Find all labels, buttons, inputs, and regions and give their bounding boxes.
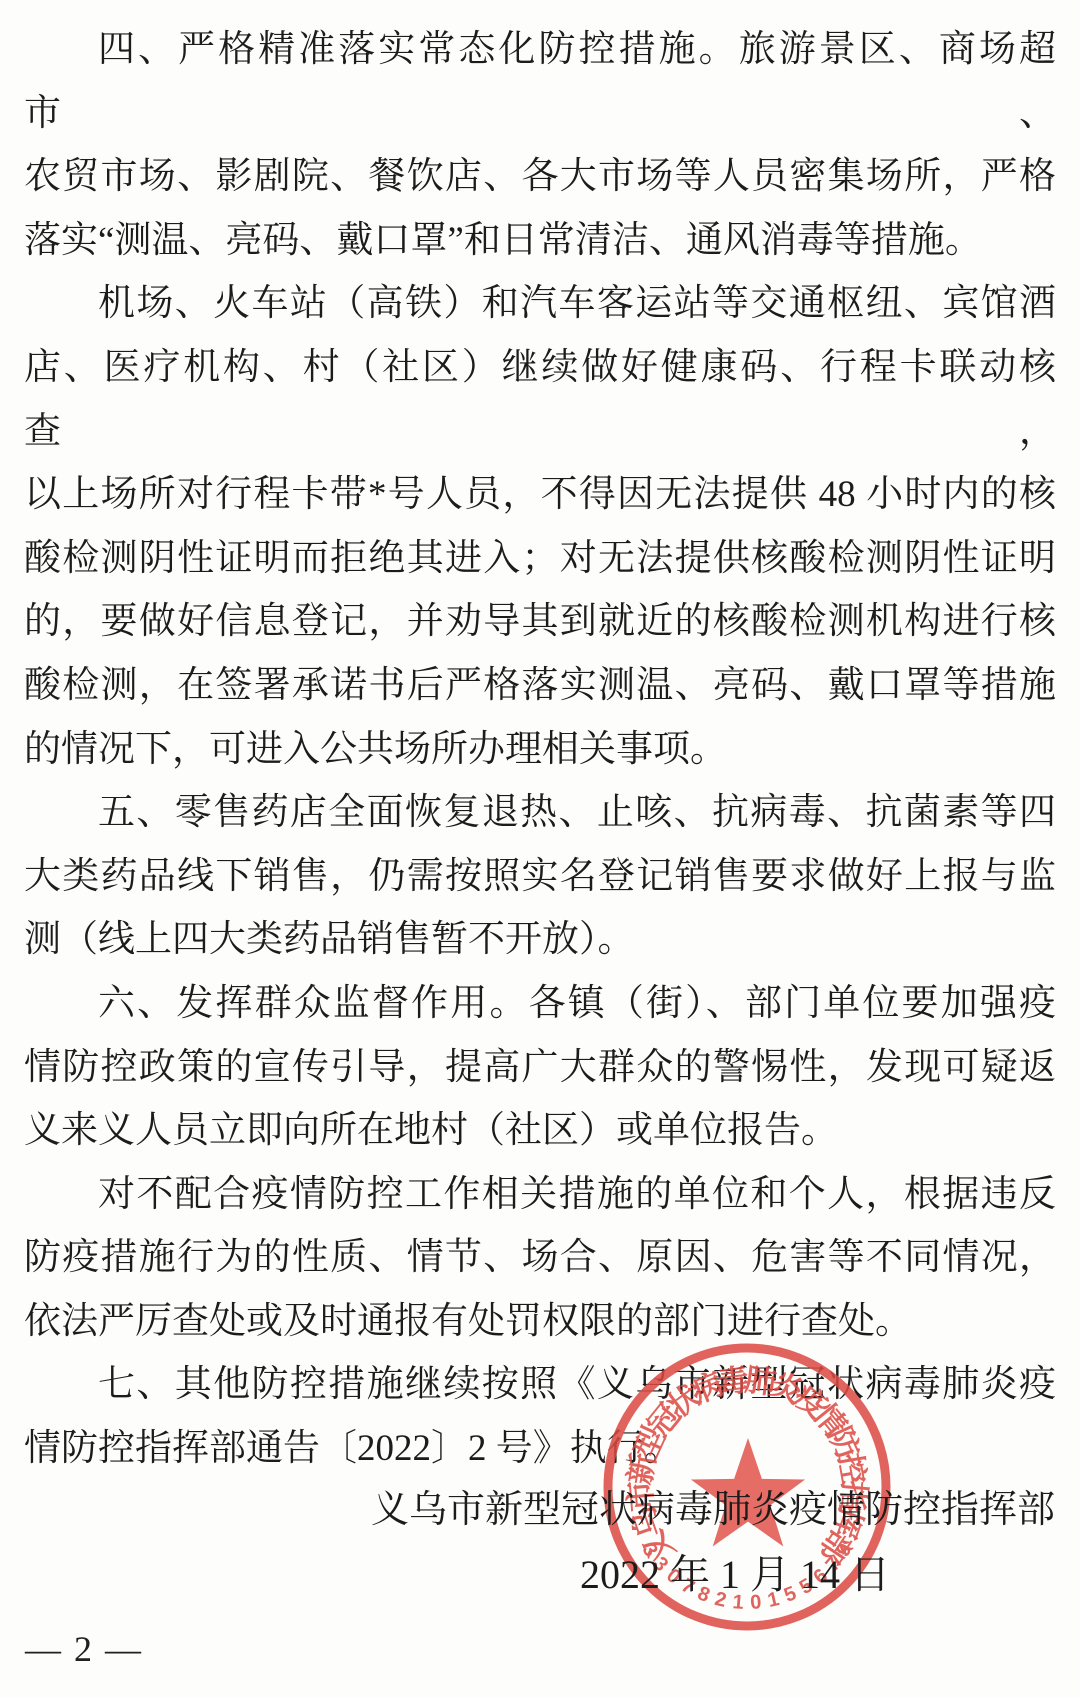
document-line: 义来义人员立即向所在地村（社区）或单位报告。 bbox=[24, 1099, 1056, 1163]
document-line: 的，要做好信息登记，并劝导其到就近的核酸检测机构进行核 bbox=[24, 590, 1056, 654]
document-page: 四、严格精准落实常态化防控措施。旅游景区、商场超市、 农贸市场、影剧院、餐饮店、… bbox=[0, 0, 1080, 1697]
signature-date: 2022 年 1 月 14 日 bbox=[540, 1543, 930, 1600]
document-line: 五、零售药店全面恢复退热、止咳、抗病毒、抗菌素等四 bbox=[24, 781, 1056, 845]
document-line: 的情况下，可进入公共场所办理相关事项。 bbox=[24, 718, 1056, 782]
document-line: 六、发挥群众监督作用。各镇（街）、部门单位要加强疫 bbox=[24, 972, 1056, 1036]
page-number: — 2 — bbox=[25, 1628, 143, 1670]
document-line: 四、严格精准落实常态化防控措施。旅游景区、商场超市、 bbox=[24, 18, 1056, 145]
document-line: 酸检测，在签署承诺书后严格落实测温、亮码、戴口罩等措施 bbox=[24, 654, 1056, 718]
document-line: 对不配合疫情防控工作相关措施的单位和个人，根据违反 bbox=[24, 1163, 1056, 1227]
document-line: 情防控指挥部通告〔2022〕2 号》执行。 bbox=[24, 1417, 1056, 1481]
document-line: 大类药品线下销售，仍需按照实名登记销售要求做好上报与监 bbox=[24, 845, 1056, 909]
document-line: 七、其他防控措施继续按照《义乌市新型冠状病毒肺炎疫 bbox=[24, 1353, 1056, 1417]
document-line: 农贸市场、影剧院、餐饮店、各大市场等人员密集场所，严格 bbox=[24, 145, 1056, 209]
document-line: 店、医疗机构、村（社区）继续做好健康码、行程卡联动核查， bbox=[24, 336, 1056, 463]
document-body: 四、严格精准落实常态化防控措施。旅游景区、商场超市、 农贸市场、影剧院、餐饮店、… bbox=[24, 18, 1056, 1481]
document-line: 以上场所对行程卡带*号人员，不得因无法提供 48 小时内的核 bbox=[24, 463, 1056, 527]
document-line: 依法严厉查处或及时通报有处罚权限的部门进行查处。 bbox=[24, 1290, 1056, 1354]
document-line: 情防控政策的宣传引导，提高广大群众的警惕性，发现可疑返 bbox=[24, 1036, 1056, 1100]
document-line: 酸检测阴性证明而拒绝其进入；对无法提供核酸检测阴性证明 bbox=[24, 527, 1056, 591]
signature-organization: 义乌市新型冠状病毒肺炎疫情防控指挥部 bbox=[25, 1478, 1055, 1533]
document-line: 落实“测温、亮码、戴口罩”和日常清洁、通风消毒等措施。 bbox=[24, 209, 1056, 273]
document-line: 测（线上四大类药品销售暂不开放）。 bbox=[24, 908, 1056, 972]
document-line: 防疫措施行为的性质、情节、场合、原因、危害等不同情况， bbox=[24, 1226, 1056, 1290]
document-line: 机场、火车站（高铁）和汽车客运站等交通枢纽、宾馆酒 bbox=[24, 272, 1056, 336]
